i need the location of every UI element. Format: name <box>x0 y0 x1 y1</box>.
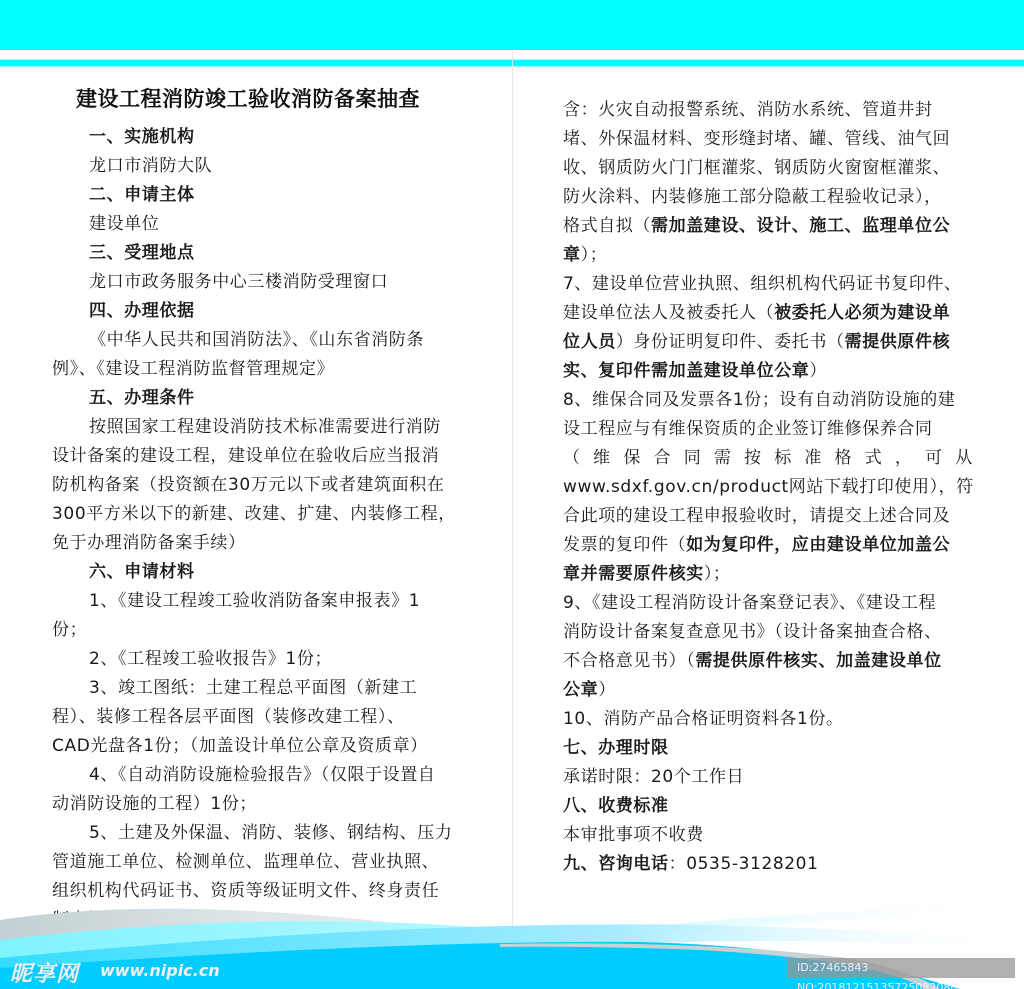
paragraph-line: 份； <box>52 616 490 645</box>
paragraph-line: 按照国家工程建设消防技术标准需要进行消防 <box>52 413 490 442</box>
paragraph-line: 程）、装修工程各层平面图（装修改建工程）、 <box>52 703 490 732</box>
text: 不合格意见书）（ <box>563 651 695 671</box>
section-heading: 六、申请材料 <box>52 558 490 587</box>
justified-char: 同 <box>684 444 702 473</box>
paragraph-line: 3、竣工图纸：土建工程总平面图（新建工 <box>52 674 490 703</box>
justified-char: 格 <box>835 444 853 473</box>
justified-char: 可 <box>925 444 943 473</box>
paragraph-line: 堵、外保温材料、变形缝封堵、罐、管线、油气回 <box>563 125 973 154</box>
paragraph-line: 设工程应与有维保资质的企业签订维修保养合同 <box>563 415 973 444</box>
column-divider <box>512 50 513 989</box>
paragraph-line: www.sdxf.gov.cn/product网站下载打印使用），符 <box>563 473 973 502</box>
bold-text: 章 <box>563 245 581 265</box>
justified-char: 从 <box>955 444 973 473</box>
paragraph-line: 消防设计备案复查意见书》（设计备案抽查合格、 <box>563 618 973 647</box>
paragraph-line: 含：火灾自动报警系统、消防水系统、管道井封 <box>563 96 973 125</box>
justified-char: 式 <box>865 444 883 473</box>
paragraph-line: 例》、《建设工程消防监督管理规定》 <box>52 355 490 384</box>
text: 承诺时限：20个工作日 <box>563 767 744 787</box>
bold-text: 需加盖建设、设计、施工、监理单位公 <box>651 216 950 236</box>
paragraph-line: 5、土建及外保温、消防、装修、钢结构、压力 <box>52 819 490 848</box>
text: 8、维保合同及发票各1份；设有自动消防设施的建 <box>563 390 955 410</box>
paragraph-line: 九、咨询电话：0535-3128201 <box>563 850 973 879</box>
paragraph-line: 实、复印件需加盖建设单位公章） <box>563 357 973 386</box>
paragraph-line: 9、《建设工程消防设计备案登记表》、《建设工程 <box>563 589 973 618</box>
text: 9、《建设工程消防设计备案登记表》、《建设工程 <box>563 593 936 613</box>
text: 10、消防产品合格证明资料各1份。 <box>563 709 844 729</box>
watermark-logo: 昵享网 <box>10 957 79 988</box>
text: 格式自拟（ <box>563 216 651 236</box>
paragraph-line: 七、办理时限 <box>563 734 973 763</box>
paragraph-line: 合此项的建设工程申报验收时，请提交上述合同及 <box>563 502 973 531</box>
image-id-label: ID:27465843 NO:20181215135725082080 <box>787 958 1015 978</box>
paragraph-line: 10、消防产品合格证明资料各1份。 <box>563 705 973 734</box>
justified-char: 维 <box>593 444 611 473</box>
section-heading: 三、受理地点 <box>52 239 490 268</box>
left-column-lines: 一、实施机构龙口市消防大队二、申请主体建设单位三、受理地点龙口市政务服务中心三楼… <box>52 123 490 964</box>
paragraph-line: 章）； <box>563 241 973 270</box>
bold-text: 公章 <box>563 680 598 700</box>
justified-char: ， <box>895 444 913 473</box>
section-text: 龙口市政务服务中心三楼消防受理窗口 <box>52 268 490 297</box>
paragraph-line: 300平方米以下的新建、改建、扩建、内装修工程， <box>52 500 490 529</box>
paragraph-line: 设计备案的建设工程，建设单位在验收后应当报消 <box>52 442 490 471</box>
section-heading: 二、申请主体 <box>52 181 490 210</box>
text: 含：火灾自动报警系统、消防水系统、管道井封 <box>563 100 933 120</box>
text: ）； <box>704 564 731 584</box>
left-column: 建设工程消防竣工验收消防备案抽查 一、实施机构龙口市消防大队二、申请主体建设单位… <box>52 84 490 964</box>
text: 设工程应与有维保资质的企业签订维修保养合同 <box>563 419 933 439</box>
justified-char: 合 <box>654 444 672 473</box>
paragraph-line: CAD光盘各1份；（加盖设计单位公章及资质章） <box>52 732 490 761</box>
text: 发票的复印件（ <box>563 535 686 555</box>
justified-char: 保 <box>623 444 641 473</box>
text: 防火涂料、内装修施工部分隐蔽工程验收记录）， <box>563 187 942 207</box>
text: 本审批事项不收费 <box>563 825 704 845</box>
paragraph-line: 7、建设单位营业执照、组织机构代码证书复印件、 <box>563 270 973 299</box>
paragraph-line: 收、钢质防火门门框灌浆、钢质防火窗窗框灌浆、 <box>563 154 973 183</box>
section-text: 龙口市消防大队 <box>52 152 490 181</box>
text: 7、建设单位营业执照、组织机构代码证书复印件、 <box>563 274 962 294</box>
bold-text: 章并需要原件核实 <box>563 564 704 584</box>
bold-text: 九、咨询电话 <box>563 854 669 874</box>
justified-char: 标 <box>774 444 792 473</box>
paragraph-line: 8、维保合同及发票各1份；设有自动消防设施的建 <box>563 386 973 415</box>
text: 消防设计备案复查意见书》（设计备案抽查合格、 <box>563 622 942 642</box>
text: 堵、外保温材料、变形缝封堵、罐、管线、油气回 <box>563 129 950 149</box>
section-heading: 五、办理条件 <box>52 384 490 413</box>
paragraph-line: 承诺时限：20个工作日 <box>563 763 973 792</box>
text: ） <box>809 361 827 381</box>
bold-text: 如为复印件，应由建设单位加盖公 <box>686 535 950 555</box>
justified-char: 准 <box>804 444 822 473</box>
right-column: 含：火灾自动报警系统、消防水系统、管道井封堵、外保温材料、变形缝封堵、罐、管线、… <box>563 96 973 879</box>
paragraph-line: 本审批事项不收费 <box>563 821 973 850</box>
paragraph-line: 防机构备案（投资额在30万元以下或者建筑面积在 <box>52 471 490 500</box>
paragraph-line: 1、《建设工程竣工验收消防备案申报表》1 <box>52 587 490 616</box>
text: ）； <box>581 245 608 265</box>
paragraph-line: 建设单位法人及被委托人（被委托人必须为建设单 <box>563 299 973 328</box>
paragraph-line: 防火涂料、内装修施工部分隐蔽工程验收记录）， <box>563 183 973 212</box>
paragraph-line: 2、《工程竣工验收报告》1份； <box>52 645 490 674</box>
right-column-lines: 含：火灾自动报警系统、消防水系统、管道井封堵、外保温材料、变形缝封堵、罐、管线、… <box>563 96 973 879</box>
text: ：0535-3128201 <box>669 854 819 874</box>
text: 建设单位法人及被委托人（ <box>563 303 774 323</box>
paragraph-line: 免于办理消防备案手续） <box>52 529 490 558</box>
bold-text: 实、复印件需加盖建设单位公章 <box>563 361 809 381</box>
paragraph-line: （维保合同需按标准格式，可从 <box>563 444 973 473</box>
paragraph-line: 管道施工单位、检测单位、监理单位、营业执照、 <box>52 848 490 877</box>
paragraph-line: 公章） <box>563 676 973 705</box>
paragraph-line: 八、收费标准 <box>563 792 973 821</box>
section-heading: 四、办理依据 <box>52 297 490 326</box>
justified-char: 按 <box>744 444 762 473</box>
bold-text: 八、收费标准 <box>563 796 669 816</box>
paragraph-line: 章并需要原件核实）； <box>563 560 973 589</box>
section-text: 建设单位 <box>52 210 490 239</box>
justified-char: （ <box>563 444 581 473</box>
bold-text: 需提供原件核实、加盖建设单位 <box>695 651 941 671</box>
section-heading: 一、实施机构 <box>52 123 490 152</box>
bold-text: 需提供原件核 <box>845 332 951 352</box>
bold-text: 七、办理时限 <box>563 738 669 758</box>
justified-char: 需 <box>714 444 732 473</box>
text: ） <box>598 680 616 700</box>
paragraph-line: 位人员）身份证明复印件、委托书（需提供原件核 <box>563 328 973 357</box>
paragraph-line: 发票的复印件（如为复印件，应由建设单位加盖公 <box>563 531 973 560</box>
text: 收、钢质防火门门框灌浆、钢质防火窗窗框灌浆、 <box>563 158 950 178</box>
bold-text: 被委托人必须为建设单 <box>774 303 950 323</box>
document-title: 建设工程消防竣工验收消防备案抽查 <box>76 84 490 114</box>
bold-text: 位人员 <box>563 332 616 352</box>
paragraph-line: 格式自拟（需加盖建设、设计、施工、监理单位公 <box>563 212 973 241</box>
text: ）身份证明复印件、委托书（ <box>616 332 845 352</box>
paragraph-line: 4、《自动消防设施检验报告》（仅限于设置自 <box>52 761 490 790</box>
watermark-url: www.nipic.cn <box>100 961 220 980</box>
header-band <box>0 0 1024 50</box>
paragraph-line: 《中华人民共和国消防法》、《山东省消防条 <box>52 326 490 355</box>
paragraph-line: 不合格意见书）（需提供原件核实、加盖建设单位 <box>563 647 973 676</box>
text: 合此项的建设工程申报验收时，请提交上述合同及 <box>563 506 950 526</box>
text: www.sdxf.gov.cn/product网站下载打印使用），符 <box>563 477 974 497</box>
paragraph-line: 动消防设施的工程）1份； <box>52 790 490 819</box>
